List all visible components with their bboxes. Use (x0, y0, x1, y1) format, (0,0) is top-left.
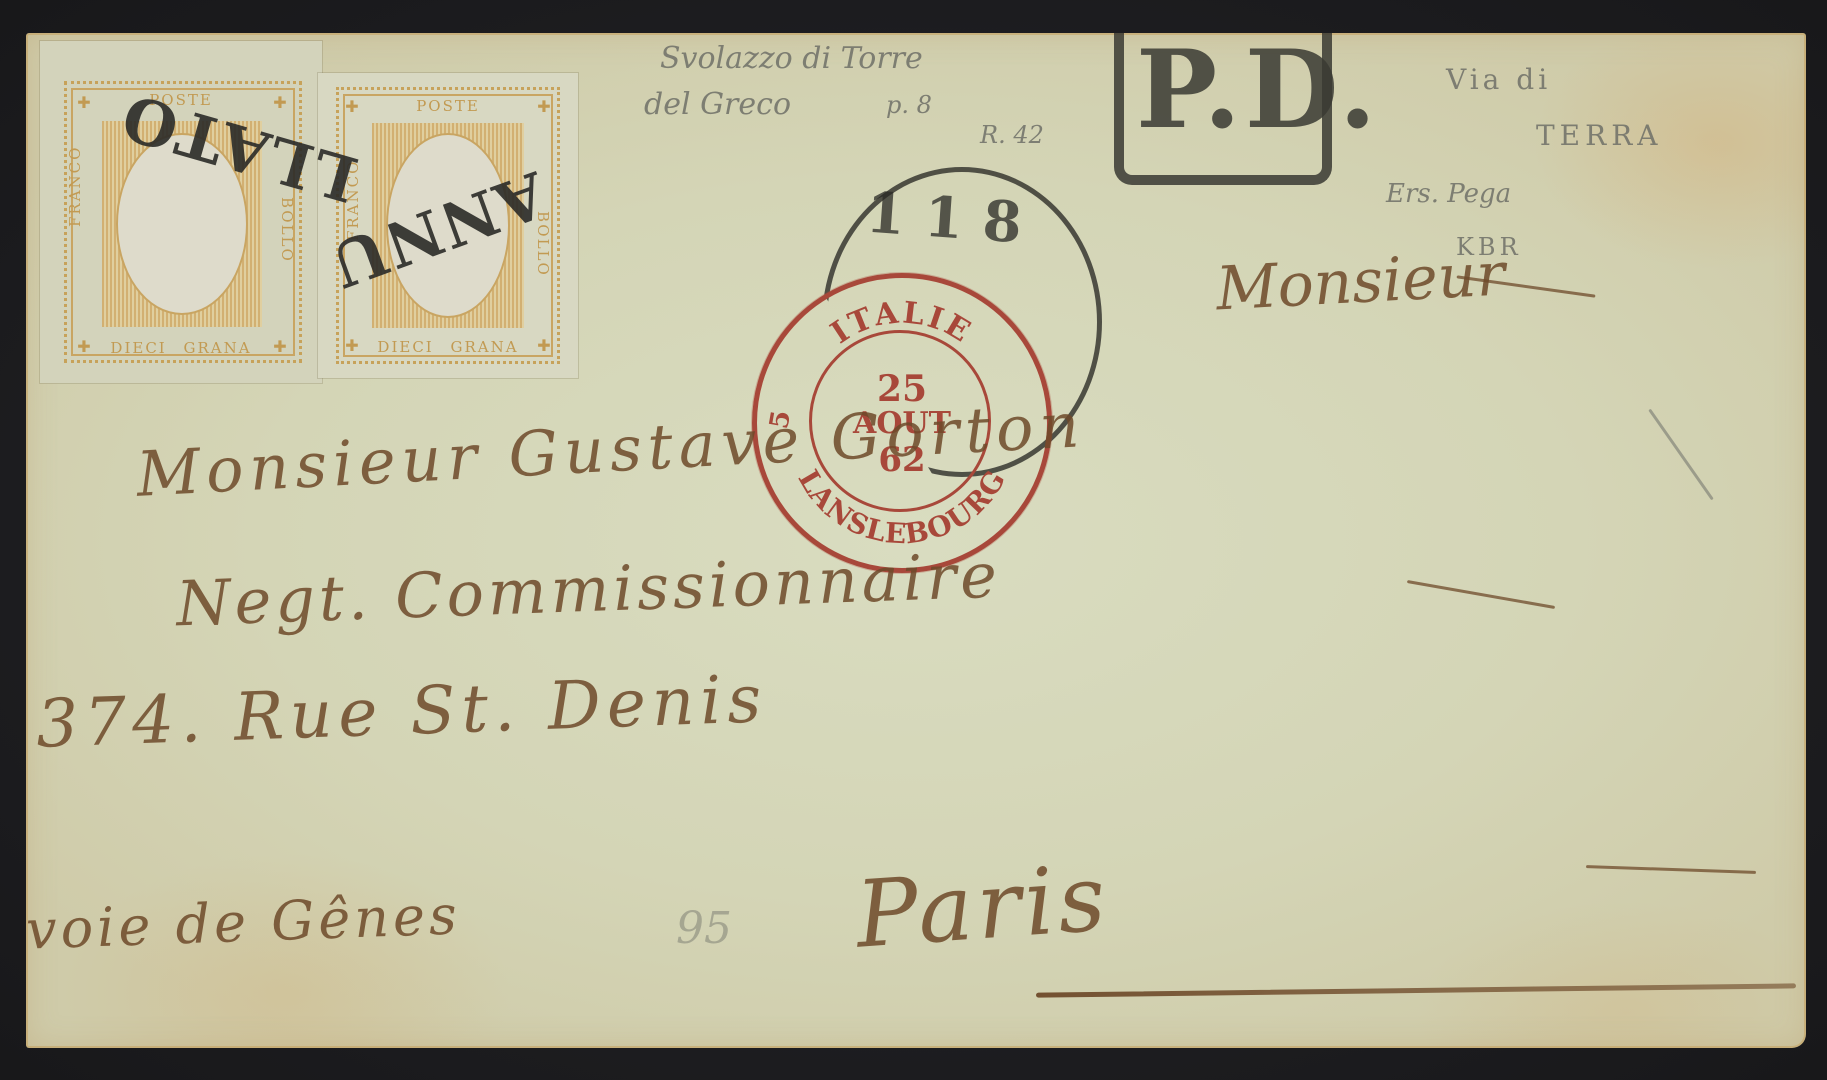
address-line-street: 374. Rue St. Denis (35, 660, 769, 762)
cross-icon: ✚ (76, 95, 92, 111)
cross-icon: ✚ (272, 95, 288, 111)
pencil-route-line2: Terra (1536, 119, 1663, 152)
underline-stroke (1036, 983, 1796, 997)
cross-icon: ✚ (344, 338, 360, 354)
postal-cover: POSTE DIECI GRANA FRANCO BOLLO ✚ ✚ ✚ ✚ P… (26, 33, 1806, 1048)
svg-text:ITALIE: ITALIE (825, 295, 979, 351)
stamp-left-text: FRANCO (66, 197, 84, 227)
stamp-right-text: BOLLO (278, 197, 296, 227)
pencil-ref: R. 42 (980, 121, 1044, 149)
pencil-note-line2: del Greco (644, 87, 791, 122)
pencil-bottom-mark: 95 (676, 903, 732, 954)
address-line-city: Paris (853, 844, 1113, 968)
cross-icon: ✚ (536, 99, 552, 115)
pencil-route-line1: Via di (1446, 63, 1551, 96)
address-line-profession: Negt. Commissionnaire (175, 539, 1002, 641)
black-postmark-text: 1 1 8 (864, 180, 1024, 257)
pencil-note-small: p. 8 (886, 91, 932, 119)
cross-icon: ✚ (344, 99, 360, 115)
pencil-route-line3: Ers. Pega (1386, 179, 1511, 209)
routing-instruction: voie de Gênes (26, 883, 462, 961)
address-line-monsieur: Monsieur (1214, 239, 1506, 324)
flourish-stroke (1586, 865, 1756, 874)
cross-icon: ✚ (536, 338, 552, 354)
cross-icon: ✚ (272, 339, 288, 355)
pencil-note-line1: Svolazzo di Torre (660, 41, 923, 76)
flourish-stroke (1407, 580, 1555, 609)
pd-handstamp: P.D. (1136, 33, 1380, 153)
pencil-cross-stroke (1648, 409, 1714, 501)
cross-icon: ✚ (76, 339, 92, 355)
